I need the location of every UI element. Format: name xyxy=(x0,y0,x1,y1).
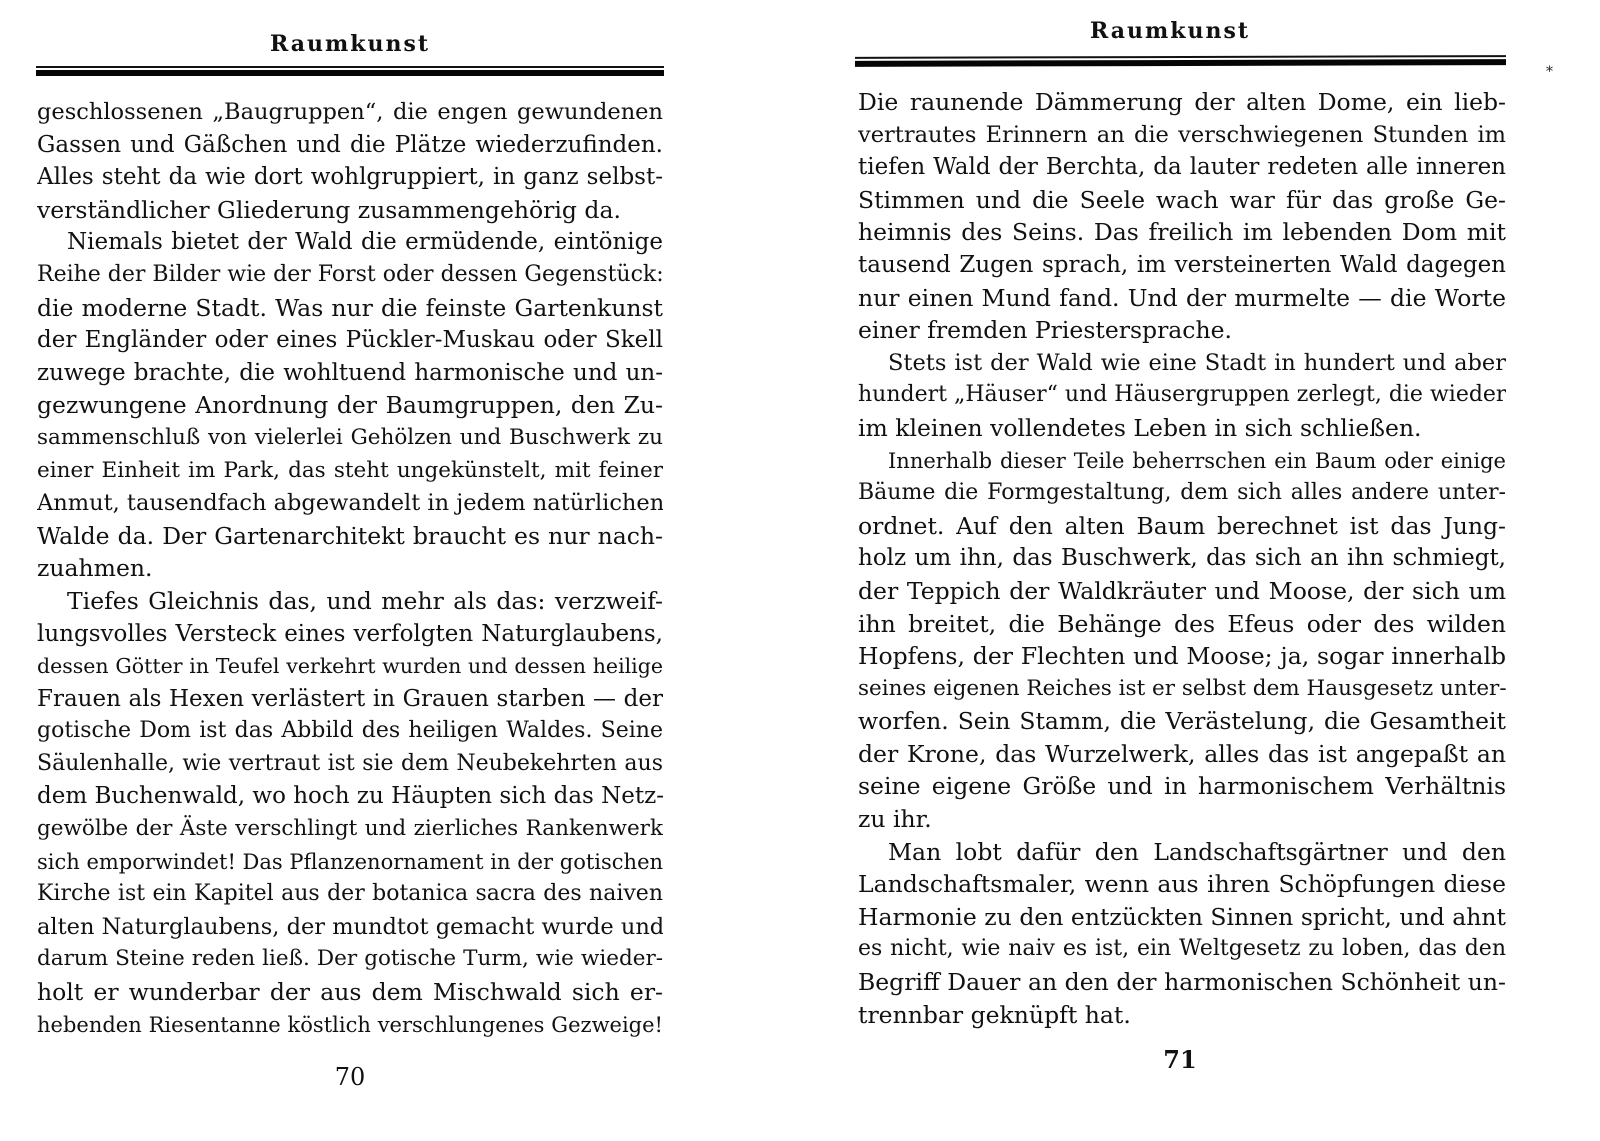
text-line: dessen Götter in Teufel verkehrt wurden … xyxy=(37,650,663,683)
text-line: hundert „Häuser“ und Häusergruppen zerle… xyxy=(858,379,1506,412)
text-line: ordnet. Auf den alten Baum berechnet ist… xyxy=(858,510,1506,543)
body-text: geschlossenen „Baugruppen“, die engen ge… xyxy=(37,96,663,1041)
text-line: Niemals bietet der Wald die ermüdende, e… xyxy=(37,226,663,259)
text-line: es nicht, wie naiv es ist, ein Weltgeset… xyxy=(858,933,1506,966)
text-line: Säulenhalle, wie vertraut ist sie dem Ne… xyxy=(37,748,663,781)
text-line: der Engländer oder eines Pückler-Muskau … xyxy=(37,324,663,357)
text-line: Stimmen und die Seele wach war für das g… xyxy=(858,184,1506,217)
text-line: Anmut, tausendfach abgewandelt in jedem … xyxy=(37,487,663,520)
text-line: zuahmen. xyxy=(37,552,663,585)
text-line: gewölbe der Äste verschlingt und zierlic… xyxy=(37,813,663,846)
text-line: zu ihr. xyxy=(858,803,1506,836)
text-line: Frauen als Hexen verlästert in Grauen st… xyxy=(37,683,663,716)
running-head: Raumkunst xyxy=(856,18,1484,44)
text-line: Man lobt dafür den Landschaftsgärtner un… xyxy=(858,836,1506,869)
running-head: Raumkunst xyxy=(36,31,664,57)
text-line: vertrautes Erinnern an die verschwiegene… xyxy=(858,119,1506,152)
page-number: 70 xyxy=(300,1063,400,1091)
text-line: lungsvolles Versteck eines verfolgten Na… xyxy=(37,618,663,651)
text-line: gezwungene Anordnung der Baumgruppen, de… xyxy=(37,389,663,422)
text-line: der Teppich der Waldkräuter und Moose, d… xyxy=(858,575,1506,608)
text-line: im kleinen vollendetes Leben in sich sch… xyxy=(858,412,1506,445)
text-line: Harmonie zu den entzückten Sinnen sprich… xyxy=(858,901,1506,934)
text-line: einer Einheit im Park, das steht ungekün… xyxy=(37,455,663,488)
text-line: trennbar geknüpft hat. xyxy=(858,999,1506,1032)
text-line: hebenden Riesentanne köstlich verschlung… xyxy=(37,1009,663,1042)
text-line: nur einen Mund fand. Und der murmelte — … xyxy=(858,282,1506,315)
text-line: holt er wunderbar der aus dem Mischwald … xyxy=(37,976,663,1009)
text-line: Tiefes Gleichnis das, und mehr als das: … xyxy=(37,585,663,618)
text-line: gotische Dom ist das Abbild des heiligen… xyxy=(37,715,663,748)
text-line: Kirche ist ein Kapitel aus der botanica … xyxy=(37,878,663,911)
text-line: holz um ihn, das Buschwerk, das sich an … xyxy=(858,542,1506,575)
text-line: ihn breitet, die Behänge des Efeus oder … xyxy=(858,608,1506,641)
text-line: die moderne Stadt. Was nur die feinste G… xyxy=(37,292,663,325)
header-rule xyxy=(36,66,664,77)
text-line: seines eigenen Reiches ist er selbst dem… xyxy=(858,673,1506,706)
text-line: alten Naturglaubens, der mundtot gemacht… xyxy=(37,911,663,944)
text-line: zuwege brachte, die wohltuend harmonisch… xyxy=(37,357,663,390)
text-line: Gassen und Gäßchen und die Plätze wieder… xyxy=(37,129,663,162)
text-line: worfen. Sein Stamm, die Verästelung, die… xyxy=(858,705,1506,738)
text-line: geschlossenen „Baugruppen“, die engen ge… xyxy=(37,96,663,129)
text-line: verständlicher Gliederung zusammengehöri… xyxy=(37,194,663,227)
margin-mark: * xyxy=(1546,64,1553,80)
text-line: Begriff Dauer an den der harmonischen Sc… xyxy=(858,966,1506,999)
text-line: dem Buchenwald, wo hoch zu Häupten sich … xyxy=(37,780,663,813)
header-rule xyxy=(855,55,1506,68)
page-number: 71 xyxy=(1130,1045,1230,1074)
text-line: tausend Zugen sprach, im versteinerten W… xyxy=(858,249,1506,282)
text-line: Innerhalb dieser Teile beherrschen ein B… xyxy=(858,445,1506,478)
text-line: Alles steht da wie dort wohlgruppiert, i… xyxy=(37,161,663,194)
text-line: Stets ist der Wald wie eine Stadt in hun… xyxy=(858,347,1506,380)
text-line: Die raunende Dämmerung der alten Dome, e… xyxy=(858,86,1506,119)
text-line: darum Steine reden ließ. Der gotische Tu… xyxy=(37,943,663,976)
text-line: Walde da. Der Gartenarchitekt braucht es… xyxy=(37,520,663,553)
text-line: Reihe der Bilder wie der Forst oder dess… xyxy=(37,259,663,292)
text-line: heimnis des Seins. Das freilich im leben… xyxy=(858,216,1506,249)
text-line: Hopfens, der Flechten und Moose; ja, sog… xyxy=(858,640,1506,673)
body-text: Die raunende Dämmerung der alten Dome, e… xyxy=(858,86,1506,1031)
text-line: tiefen Wald der Berchta, da lauter redet… xyxy=(858,151,1506,184)
text-line: der Krone, das Wurzelwerk, alles das ist… xyxy=(858,738,1506,771)
text-line: sammenschluß von vielerlei Gehölzen und … xyxy=(37,422,663,455)
text-line: sich emporwindet! Das Pflanzenornament i… xyxy=(37,846,663,879)
text-line: einer fremden Priestersprache. xyxy=(858,314,1506,347)
text-line: Bäume die Formgestaltung, dem sich alles… xyxy=(858,477,1506,510)
text-line: seine eigene Größe und in harmonischem V… xyxy=(858,770,1506,803)
text-line: Landschaftsmaler, wenn aus ihren Schöpfu… xyxy=(858,868,1506,901)
